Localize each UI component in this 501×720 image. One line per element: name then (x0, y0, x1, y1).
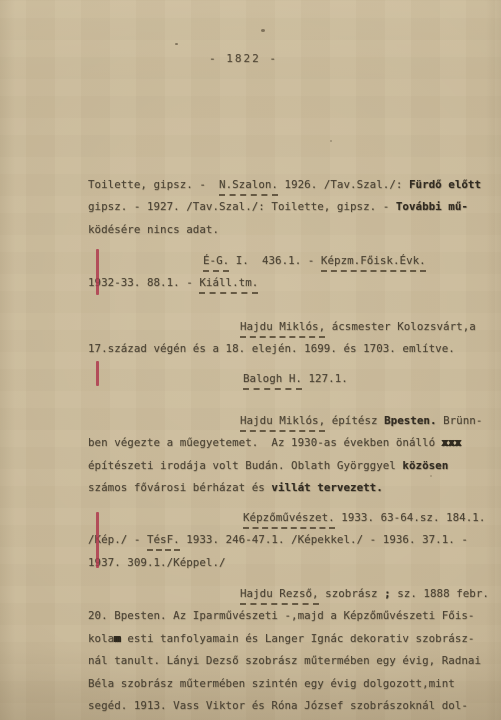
text-segment: 1933. 63-64.sz. 184.1. (335, 511, 486, 524)
text-line: Balogh H. 127.1. (88, 368, 492, 390)
text-line: Toilette, gipsz. - N.Szalon. 1926. /Tav.… (88, 174, 492, 196)
text-segment: Fürdő előtt (409, 178, 481, 191)
underlined-text: Hajdu Rezső, (240, 587, 319, 605)
text-segment: számos fővárosi bérházat és (88, 481, 271, 494)
text-segment: ácsmester Kolozsvárt,a (325, 320, 476, 333)
paragraph: Képzőművészet. 1933. 63-64.sz. 184.1./Ké… (88, 507, 492, 574)
text-segment: 17.század végén és a 18. elején. 1699. é… (88, 342, 455, 355)
text-segment: kola (88, 632, 114, 645)
text-segment: szobrász (319, 587, 385, 600)
text-segment: xxx (442, 436, 462, 449)
text-segment: sz. 1888 febr. (391, 587, 489, 600)
paragraph: Toilette, gipsz. - N.Szalon. 1926. /Tav.… (88, 174, 492, 241)
text-segment: További mű- (396, 200, 468, 213)
scanned-document-page: - 1822 - Toilette, gipsz. - N.Szalon. 19… (0, 0, 501, 720)
paper-speck (330, 140, 332, 142)
text-segment: Brünn- (437, 414, 483, 427)
text-segment: 1933. 246-47.1. /Képekkel./ - 1936. 37.1… (180, 533, 468, 546)
text-segment: nál tanult. Lányi Dezső szobrász műtermé… (88, 654, 481, 667)
text-segment: Bpesten. (384, 414, 436, 427)
underlined-text: Kiáll.tm. (199, 276, 258, 294)
paragraph: Balogh H. 127.1. (88, 368, 492, 390)
underlined-text: TésF. (147, 533, 180, 551)
text-line: 17.század végén és a 18. elején. 1699. é… (88, 338, 492, 360)
text-segment: esti tanfolyamain és Langer Ignác dekora… (121, 632, 475, 645)
text-segment: 1932-33. 88.1. - (88, 276, 199, 289)
paragraph: É-G. I. 436.1. - Képzm.Főisk.Évk.1932-33… (88, 250, 492, 295)
underlined-text: Balogh H. (243, 372, 302, 390)
text-line: Hajdu Miklós, építész Bpesten. Brünn- (88, 410, 492, 432)
paragraph: Hajdu Miklós, építész Bpesten. Brünn-ben… (88, 410, 492, 500)
text-segment: 1926. /Tav.Szal./: (278, 178, 409, 191)
underlined-text: Képzőművészet. (243, 511, 335, 529)
paper-speck (261, 29, 265, 32)
text-line: számos fővárosi bérházat és villát terve… (88, 477, 492, 499)
text-line: 1932-33. 88.1. - Kiáll.tm. (88, 272, 492, 294)
text-line: kolam esti tanfolyamain és Langer Ignác … (88, 628, 492, 650)
text-line: ködésére nincs adat. (88, 219, 492, 241)
text-segment: gipsz. - 1927. /Tav.Szal./: Toilette, gi… (88, 200, 396, 213)
red-margin-mark (96, 361, 99, 386)
text-line: Hajdu Rezső, szobrász ; sz. 1888 febr. (88, 583, 492, 605)
text-segment: villát tervezett. (271, 481, 382, 494)
text-line: építészeti irodája volt Budán. Oblath Gy… (88, 455, 492, 477)
text-line: Béla szobrász műtermében szintén egy évi… (88, 673, 492, 695)
text-line: 1937. 309.1./Képpel./ (88, 552, 492, 574)
text-segment: közösen (402, 459, 448, 472)
underlined-text: Képzm.Főisk.Évk. (321, 254, 426, 272)
text-line: segéd. 1913. Vass Viktor és Róna József … (88, 695, 492, 717)
text-segment: 20. Bpesten. Az Iparművészeti -,majd a K… (88, 609, 474, 622)
text-line: ben végezte a műegyetemet. Az 1930-as év… (88, 432, 492, 454)
text-line: Képzőművészet. 1933. 63-64.sz. 184.1. (88, 507, 492, 529)
paper-speck (175, 43, 178, 45)
document-body: Toilette, gipsz. - N.Szalon. 1926. /Tav.… (88, 0, 492, 720)
text-line: nál tanult. Lányi Dezső szobrász műtermé… (88, 650, 492, 672)
text-segment: építészeti irodája volt Budán. Oblath Gy… (88, 459, 402, 472)
red-margin-mark (96, 512, 99, 568)
text-segment: Toilette, gipsz. - (88, 178, 219, 191)
text-segment: 127.1. (302, 372, 348, 385)
underlined-text: É-G. (203, 254, 229, 272)
text-segment: Béla szobrász műtermében szintén egy évi… (88, 677, 455, 690)
underlined-text: N.Szalon. (219, 178, 278, 196)
text-line: gipsz. - 1927. /Tav.Szal./: Toilette, gi… (88, 196, 492, 218)
text-segment: 1937. 309.1./Képpel./ (88, 556, 226, 569)
text-segment: építész (325, 414, 384, 427)
paragraph: Hajdu Rezső, szobrász ; sz. 1888 febr.20… (88, 583, 492, 717)
text-line: /Kép./ - TésF. 1933. 246-47.1. /Képekkel… (88, 529, 492, 551)
text-segment: ködésére nincs adat. (88, 223, 219, 236)
text-segment: ben végezte a műegyetemet. Az 1930-as év… (88, 436, 442, 449)
text-segment: I. 436.1. - (229, 254, 321, 267)
underlined-text: Hajdu Miklós, (240, 320, 325, 338)
text-line: 20. Bpesten. Az Iparművészeti -,majd a K… (88, 605, 492, 627)
text-segment: segéd. 1913. Vass Viktor és Róna József … (88, 699, 468, 712)
paragraph: Hajdu Miklós, ácsmester Kolozsvárt,a17.s… (88, 316, 492, 361)
text-line: É-G. I. 436.1. - Képzm.Főisk.Évk. (88, 250, 492, 272)
paper-speck (430, 475, 432, 477)
underlined-text: Hajdu Miklós, (240, 414, 325, 432)
red-margin-mark (96, 249, 99, 295)
text-line: Hajdu Miklós, ácsmester Kolozsvárt,a (88, 316, 492, 338)
